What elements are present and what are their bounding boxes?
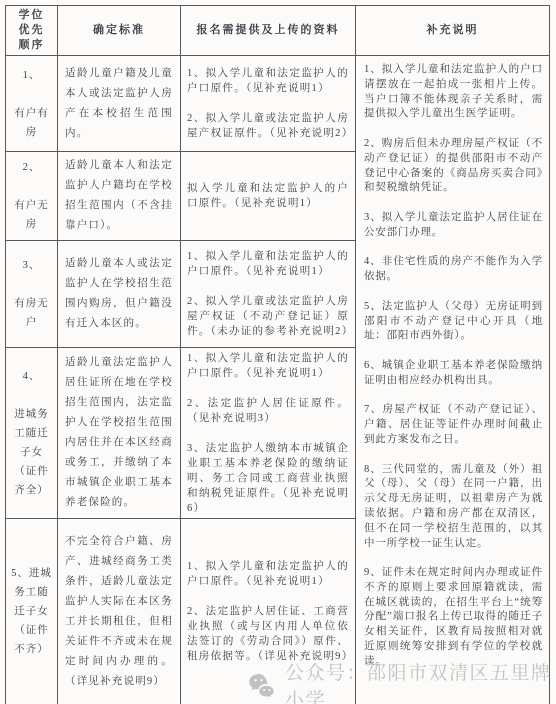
row2-priority-cell: 2、 有户无 房 (6, 152, 58, 241)
row4-criteria-cell: 适龄儿童法定监护人居住证所在地在学校招生范围内，法定监护人在学校招生范围内居住并… (58, 348, 181, 519)
table-row: 1、 有户有 房 适龄儿童户籍及儿童本人或法定监护人房产在本校招生范围内。 1、… (6, 56, 550, 152)
header-priority-order: 学位 优先 顺序 (6, 6, 58, 56)
header-criteria: 确定标准 (58, 6, 181, 56)
header-materials: 报名需提供及上传的资料 (181, 6, 356, 56)
row2-criteria-cell: 适龄儿童本人和法定监护人户籍均在学校招生范围内（不含挂靠户口）。 (58, 152, 181, 241)
header-notes: 补充说明 (356, 6, 550, 56)
row1-materials-cell: 1、拟入学儿童和法定监护人的户口原件。（见补充说明1） 2、拟入学儿童或法定监护… (181, 56, 356, 152)
row5-criteria-cell: 不完全符合户籍、房产、进城经商务工类条件，适龄儿童法定监护人实际在本区务工并长期… (58, 519, 181, 704)
row5-priority-cell: 5、进城 务工随 迁子女 （证件 不齐） (6, 519, 58, 704)
row1-priority-cell: 1、 有户有 房 (6, 56, 58, 152)
row4-materials-cell: 1、拟入学儿童和法定监护人的户口原件。（见补充说明1） 2、法定监护人居住证原件… (181, 348, 356, 519)
row2-materials-cell: 拟入学儿童和法定监护人的户口原件。（见补充说明1） (181, 152, 356, 241)
scanned-enrollment-table-page: 学位 优先 顺序 确定标准 报名需提供及上传的资料 补充说明 1、 有户有 房 … (0, 0, 556, 704)
table-header-row: 学位 优先 顺序 确定标准 报名需提供及上传的资料 补充说明 (6, 6, 550, 56)
row4-priority-cell: 4、 进城务 工随迁 子女 （证件 齐全） (6, 348, 58, 519)
notes-merged-cell: 1、拟入学儿童和法定监护人的户口请摆放在一起拍成一张相片上传。当户口簿不能体现亲… (356, 56, 550, 704)
row3-criteria-cell: 适龄儿童本人或法定监护人在学校招生范围内购房，但户籍没有迁入本区的。 (58, 241, 181, 348)
row3-priority-cell: 3、 有房无 户 (6, 241, 58, 348)
enrollment-priority-table: 学位 优先 顺序 确定标准 报名需提供及上传的资料 补充说明 1、 有户有 房 … (5, 5, 550, 704)
row5-materials-cell: 1、拟入学儿童和法定监护人的户口原件。（见补充说明1） 2、法定监护人居住证、工… (181, 519, 356, 704)
row1-criteria-cell: 适龄儿童户籍及儿童本人或法定监护人房产在本校招生范围内。 (58, 56, 181, 152)
row3-materials-cell: 1、拟入学儿童和法定监护人的户口原件。（见补充说明1） 2、拟入学儿童或法定监护… (181, 241, 356, 348)
